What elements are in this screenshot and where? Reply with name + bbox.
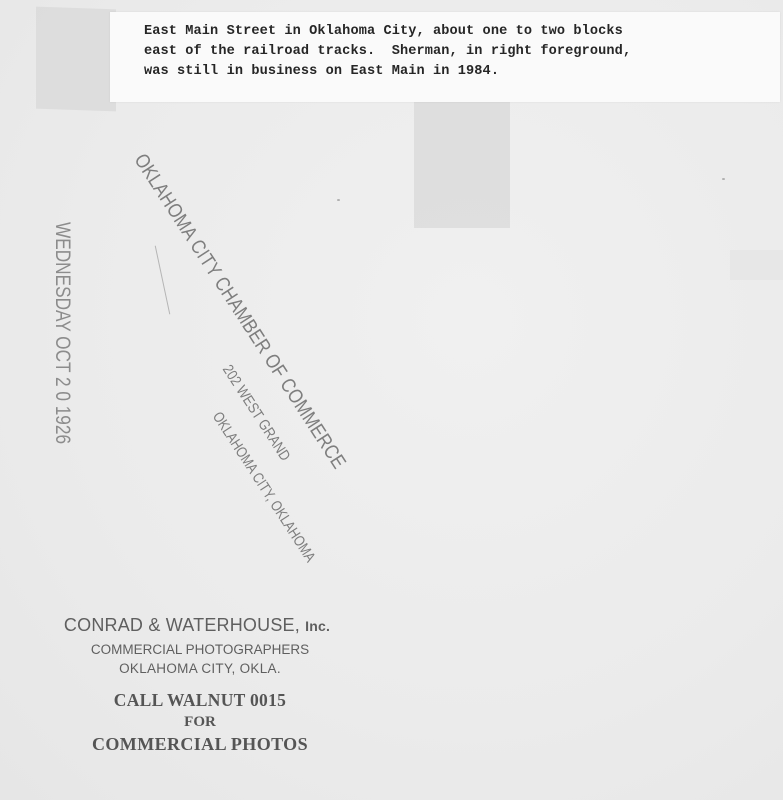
tape-remnant: [730, 250, 783, 280]
caption-line: east of the railroad tracks. Sherman, in…: [144, 42, 780, 62]
tape-remnant: [414, 100, 510, 228]
caption-line: East Main Street in Oklahoma City, about…: [144, 22, 780, 42]
photographer-for: FOR: [30, 714, 370, 731]
paper-speck: [337, 199, 340, 201]
photographer-phone: CALL WALNUT 0015: [30, 690, 370, 711]
paper-speck: [722, 178, 725, 180]
firm-suffix: Inc.: [305, 618, 330, 634]
caption-label: East Main Street in Oklahoma City, about…: [110, 12, 780, 102]
firm-name: CONRAD & WATERHOUSE,: [64, 615, 300, 635]
photographer-city: OKLAHOMA CITY, OKLA.: [30, 661, 370, 676]
caption-line: was still in business on East Main in 19…: [144, 62, 780, 82]
tape-remnant: [36, 7, 116, 112]
date-stamp: WEDNESDAY OCT 2 0 1926: [50, 222, 74, 444]
photographer-trade: COMMERCIAL PHOTOGRAPHERS: [30, 642, 370, 657]
photographer-stamp: CONRAD & WATERHOUSE, Inc. COMMERCIAL PHO…: [30, 615, 370, 755]
photographer-firm: CONRAD & WATERHOUSE, Inc.: [24, 615, 370, 636]
photographer-service: COMMERCIAL PHOTOS: [30, 734, 370, 755]
